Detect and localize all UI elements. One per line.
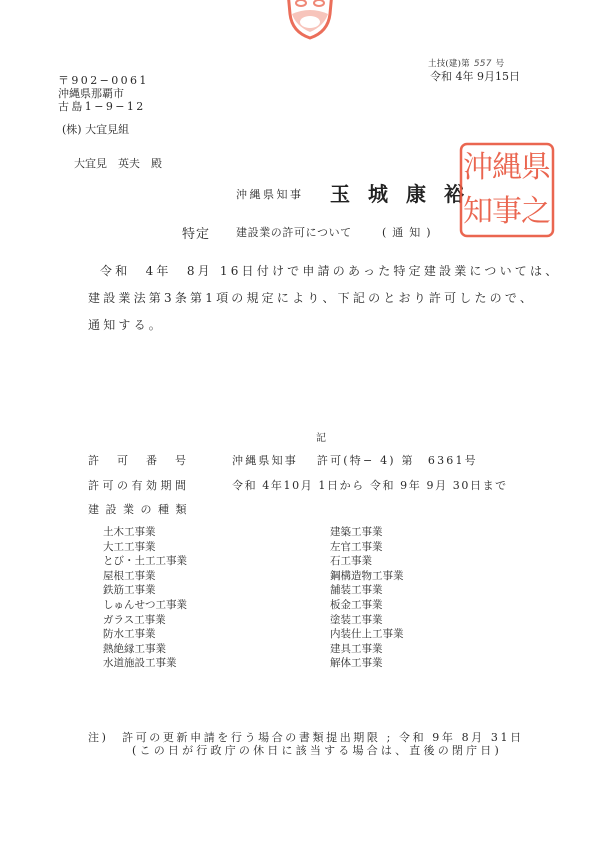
list-item: しゅんせつ工事業 bbox=[103, 598, 187, 613]
subject-suffix: (通知) bbox=[382, 224, 437, 240]
body-line-3: 通知する。 bbox=[88, 316, 164, 333]
business-types-label: 建設業の種類 bbox=[88, 501, 193, 517]
list-item: 防水工事業 bbox=[103, 627, 187, 642]
list-item: 塗装工事業 bbox=[330, 613, 404, 628]
subject-prefix: 特定 bbox=[182, 223, 210, 242]
list-item: 内装仕上工事業 bbox=[330, 627, 404, 642]
list-item: 板金工事業 bbox=[330, 598, 404, 613]
recipient-company: (株) 大宜見組 bbox=[62, 121, 129, 137]
list-item: 鉄筋工事業 bbox=[103, 583, 187, 598]
list-item: 大工工事業 bbox=[103, 540, 187, 555]
list-item: 土木工事業 bbox=[103, 525, 187, 540]
body-line-2: 建設業法第3条第1項の規定により、下記のとおり許可したので、 bbox=[88, 289, 535, 306]
official-seal-icon: 県 縄 沖 之 事 知 bbox=[458, 141, 556, 239]
validity-period-label: 許可の有効期間 bbox=[88, 477, 190, 493]
business-types-list-left: 土木工事業 大工工事業 とび・土工工事業 屋根工事業 鉄筋工事業 しゅんせつ工事… bbox=[103, 525, 187, 671]
svg-text:知: 知 bbox=[463, 194, 493, 229]
list-item: 舗装工事業 bbox=[330, 583, 404, 598]
body-line-1: 令和 4年 8月 16日付けで申請のあった特定建設業については、 bbox=[100, 262, 560, 279]
record-heading: 記 bbox=[316, 429, 326, 444]
document-date: 令和 4年 9月15日 bbox=[430, 68, 520, 84]
list-item: 左官工事業 bbox=[330, 540, 404, 555]
list-item: 鋼構造物工事業 bbox=[330, 569, 404, 584]
list-item: 建具工事業 bbox=[330, 642, 404, 657]
partial-seal-stamp-icon bbox=[284, 0, 336, 40]
business-types-list-right: 建築工事業 左官工事業 石工事業 鋼構造物工事業 舗装工事業 板金工事業 塗装工… bbox=[330, 525, 404, 671]
permit-number-value: 沖縄県知事 許可(特− 4) 第 6361号 bbox=[232, 452, 478, 468]
svg-text:之: 之 bbox=[521, 194, 551, 229]
subject-title: 建設業の許可について bbox=[236, 224, 352, 240]
svg-text:事: 事 bbox=[492, 194, 522, 229]
list-item: 屋根工事業 bbox=[103, 569, 187, 584]
permit-number-label: 許可番号 bbox=[88, 452, 204, 468]
list-item: 石工事業 bbox=[330, 554, 404, 569]
svg-text:沖: 沖 bbox=[463, 150, 493, 185]
list-item: とび・土工工事業 bbox=[103, 554, 187, 569]
recipient-name: 大宜見 英夫 殿 bbox=[74, 155, 162, 171]
svg-text:県: 県 bbox=[521, 150, 551, 185]
list-item: 熱絶縁工事業 bbox=[103, 642, 187, 657]
holiday-note: (この日が行政庁の休日に該当する場合は、直後の閉庁日) bbox=[132, 742, 502, 758]
list-item: 建築工事業 bbox=[330, 525, 404, 540]
list-item: 水道施設工事業 bbox=[103, 656, 187, 671]
validity-period-value: 令和 4年10月 1日から 令和 9年 9月 30日まで bbox=[232, 477, 508, 493]
list-item: ガラス工事業 bbox=[103, 613, 187, 628]
address-line-2: 古島1−9−12 bbox=[58, 98, 146, 114]
svg-text:縄: 縄 bbox=[492, 150, 522, 185]
list-item: 解体工事業 bbox=[330, 656, 404, 671]
sender-title: 沖縄県知事 bbox=[236, 186, 304, 202]
